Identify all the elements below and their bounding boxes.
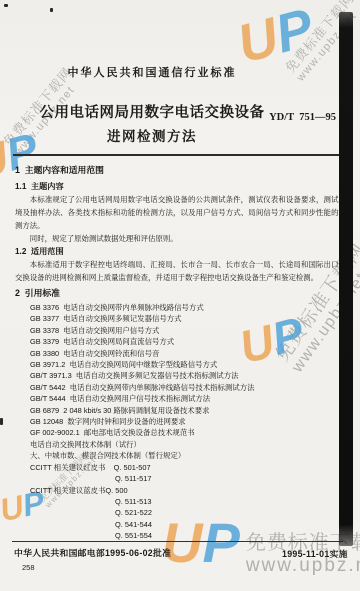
reference-item: GB 12048 数字网内时钟和同步设备的进网要求 [30, 416, 346, 427]
implementation-date: 1995-11-01实施 [282, 547, 348, 560]
reference-item: 电话自动交换网技术体制（试行） [30, 439, 346, 450]
reference-item: GB 6879 2 048 kbit/s 30 路脉码调制复用设备技术要求 [30, 405, 346, 416]
document-title-line1: 公用电话网局用数字电话交换设备 [20, 101, 284, 122]
reference-list: GB 3376 电话自动交换网带内单频脉冲线路信号方式GB 3377 电话自动交… [15, 302, 346, 542]
reference-item: GB/T 5444 电话自动交换网用户信号技术指标测试方法 [30, 393, 346, 404]
document-title-line2: 进网检测方法 [20, 125, 284, 145]
reference-item: Q. 511-517 [30, 473, 346, 484]
section-2-heading: 2 引用标准 [15, 287, 346, 300]
reference-item: 大、中城市数、模混合网技术体制（暂行规定） [30, 450, 346, 461]
section-1-2-paragraph-1: 本标准适用于数字程控电话终端局、汇接局、长市合一局、长市农合一局、长途局和国际出… [15, 258, 346, 284]
reference-item: GF 002-9002.1 邮电部电话交换设备总技术规范书 [30, 427, 346, 438]
section-1-1-paragraph-2: 同时，规定了原始测试数据处理和评估原则。 [15, 232, 346, 245]
scan-speck [0, 418, 3, 425]
page-number: 258 [22, 563, 35, 572]
reference-item: GB/T 5442 电话自动交换网带内单频脉冲线路信号技术指标测试方法 [30, 382, 346, 393]
reference-item: GB/T 3971.3 电话自动交换网多频记发器信号技术指标测试方法 [30, 370, 346, 381]
scanned-standard-page: 免费标准下载网 www.upbz.net UP UP 免费标准下载网 www.u… [0, 0, 360, 591]
reference-item: Q. 551-554 [30, 530, 346, 541]
scan-speck [50, 8, 53, 12]
reference-item: GB 3971.2 电话自动交换网局间中继数字型线路信号方式 [30, 359, 346, 370]
scan-edge-artifact [339, 12, 353, 546]
reference-item: Q. 511-513 [30, 496, 346, 507]
section-1-1-paragraph-1: 本标准规定了公用电话网局用数字电话交换设备的公共测试条件，测试仪表和设备要求，测… [15, 193, 346, 232]
reference-item: GB 3376 电话自动交换网带内单频脉冲线路信号方式 [30, 302, 346, 313]
section-1-1-heading: 1.1 主题内容 [15, 180, 346, 193]
up-logo-icon: UP [233, 3, 318, 69]
section-1-2-heading: 1.2 适用范围 [15, 245, 346, 258]
reference-item: GB 3378 电话自动交换网用户信号方式 [30, 325, 346, 336]
header-divider [13, 154, 343, 156]
reference-item: CCITT 相关建议蓝皮书Q. 500 [30, 485, 346, 496]
standard-type-label: 中华人民共和国通信行业标准 [20, 64, 284, 80]
standard-number: YD/T 751—95 [269, 112, 336, 123]
section-1-heading: 1 主题内容和适用范围 [15, 164, 346, 177]
footer-divider [12, 541, 343, 542]
scan-speck [4, 4, 8, 7]
reference-item: CCITT 相关建议红皮书 Q. 501-507 [30, 462, 346, 473]
reference-item: GB 3377 电话自动交换网多频记发器信号方式 [30, 313, 346, 324]
reference-item: Q. 521-522 [30, 507, 346, 518]
reference-item: GB 3380 电话自动交换网铃流和信号音 [30, 348, 346, 359]
approval-note: 中华人民共和国邮电部1995-06-02批准 [14, 546, 171, 559]
document-header: 中华人民共和国通信行业标准 公用电话网局用数字电话交换设备 进网检测方法 [20, 64, 284, 145]
reference-item: Q. 541-544 [30, 519, 346, 530]
reference-item: GB 3379 电话自动交换网局间直流信号方式 [30, 336, 346, 347]
document-body: 1 主题内容和适用范围 1.1 主题内容 本标准规定了公用电话网局用数字电话交换… [15, 164, 346, 542]
